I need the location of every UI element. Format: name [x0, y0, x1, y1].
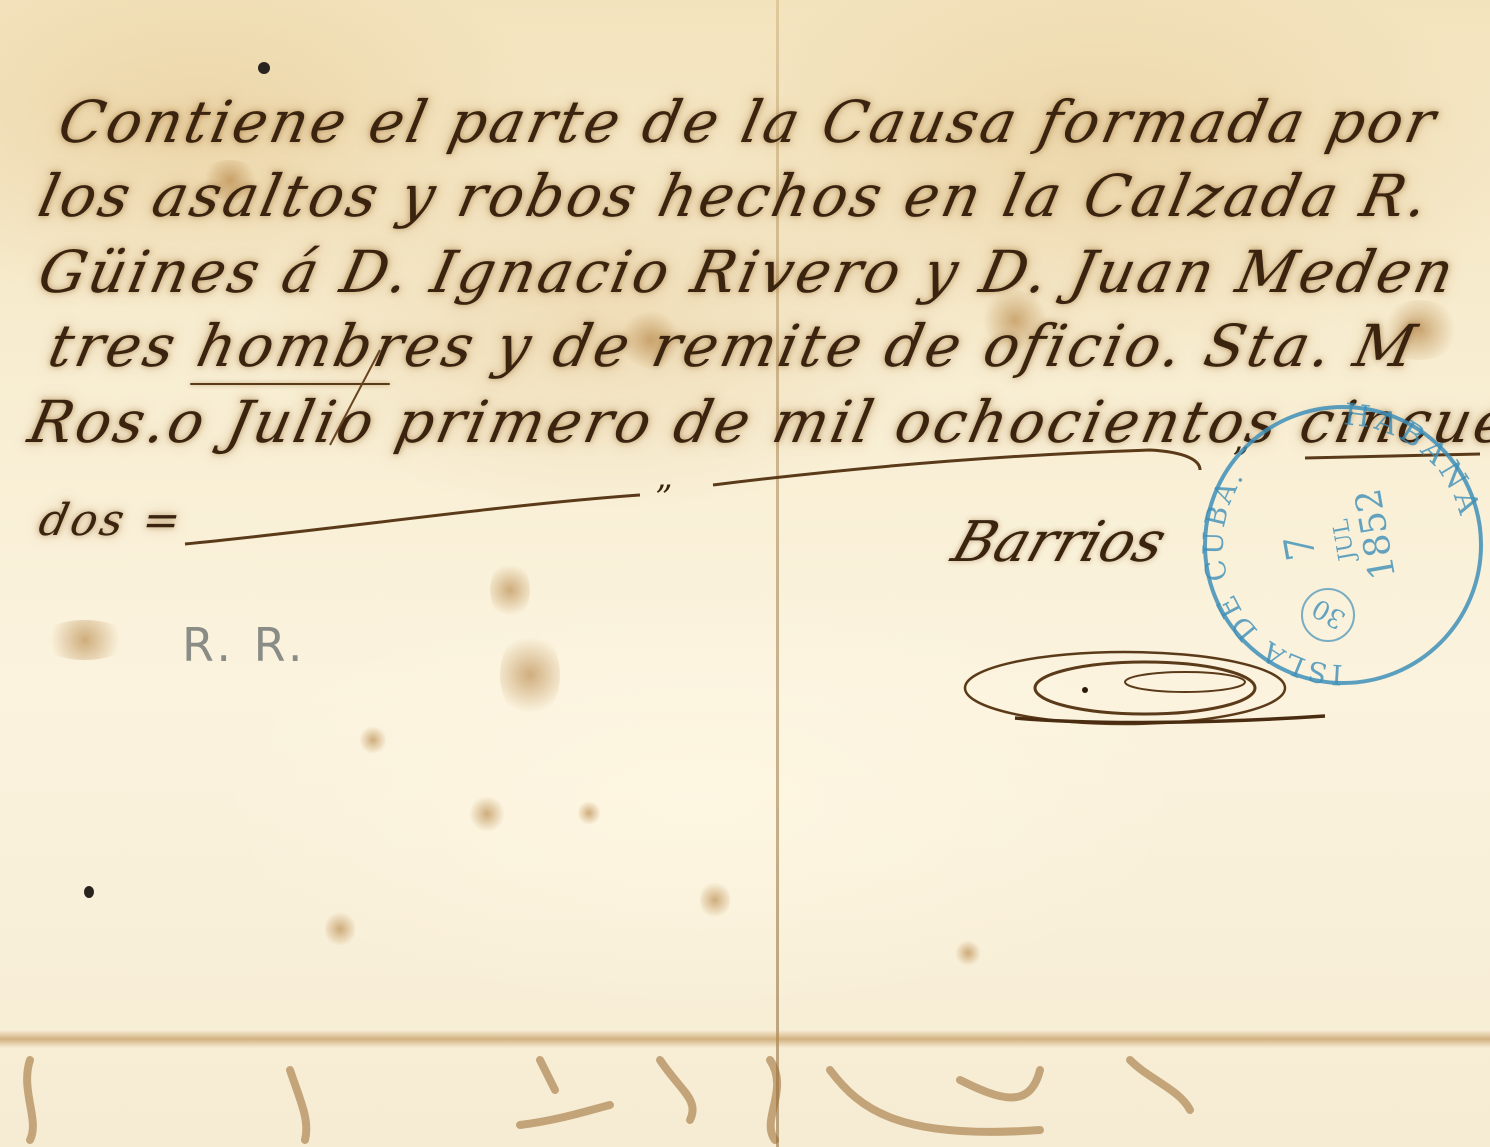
horizontal-fold-crease — [0, 1030, 1490, 1048]
signature: Barrios — [944, 510, 1174, 575]
pencil-annotation: R. R. — [182, 618, 307, 672]
habana-postmark-icon: ISLA DE CUBA. HABANA 7 JUL 1852 30 — [1198, 400, 1488, 690]
svg-text:ISLA DE CUBA.: ISLA DE CUBA. — [1198, 460, 1343, 690]
ditto-mark: ” — [655, 478, 672, 518]
postmark-day: 7 — [1276, 531, 1326, 564]
postmark-year: 1852 — [1348, 486, 1404, 583]
postmark-left-text: ISLA DE CUBA. — [1198, 460, 1343, 690]
manuscript-page: Contiene el parte de la Causa formada po… — [0, 0, 1490, 1147]
postmark-value: 30 — [1307, 592, 1351, 635]
bleed-through-writing — [0, 1050, 1490, 1147]
